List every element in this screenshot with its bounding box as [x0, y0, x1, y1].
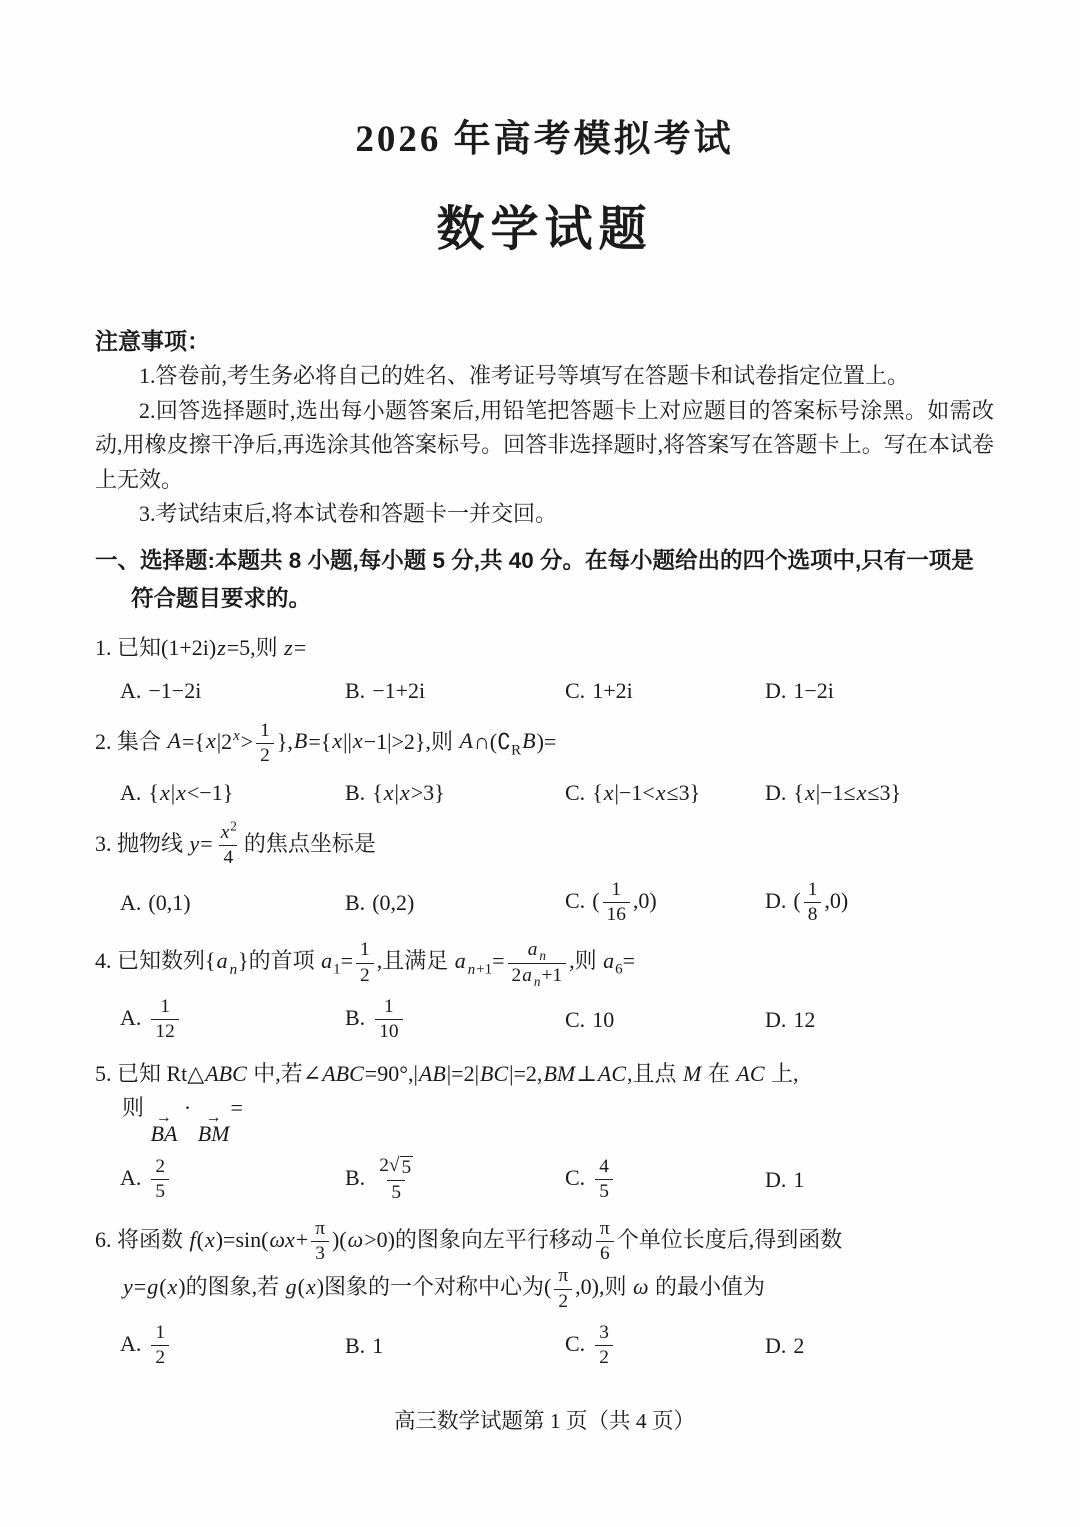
question-1-option-a: A.−1−2i [120, 674, 345, 707]
question-2-stem: 2. 集合 A={x|2x>12},B={x||x−1|>2},则 A∩(∁RB… [95, 720, 994, 768]
question-4-option-b: B.110 [345, 996, 565, 1044]
question-6-option-a: A.12 [120, 1322, 345, 1370]
question-3-options: A.(0,1) B.(0,2) C.(116,0) D.(18,0) [95, 879, 994, 927]
question-3-option-a: A.(0,1) [120, 886, 345, 919]
notice-item-3: 3.考试结束后,将本试卷和答题卡一并交回。 [95, 497, 994, 532]
question-5-stem-line-1: 5. 已知 Rt△ABC 中,若∠ABC=90°,|AB|=2|BC|=2,BM… [95, 1057, 994, 1091]
section-heading-line-1: 一、选择题:本题共 8 小题,每小题 5 分,共 40 分。在每小题给出的四个选… [95, 542, 994, 580]
question-2-option-a: A.{x|x<−1} [120, 776, 345, 809]
question-2: 2. 集合 A={x|2x>12},B={x||x−1|>2},则 A∩(∁RB… [95, 720, 994, 810]
question-1-option-d: D.1−2i [765, 674, 994, 707]
question-5-options: A.25 B.2√55 C.45 D.1 [95, 1155, 994, 1205]
question-5-option-c: C.45 [565, 1156, 765, 1204]
question-4-stem: 4. 已知数列{an}的首项 a1=12,且满足 an+1=an2an+1,则 … [95, 939, 994, 987]
question-6-option-c: C.32 [565, 1322, 765, 1370]
question-6-option-b: B.1 [345, 1329, 565, 1362]
question-1-option-c: C.1+2i [565, 674, 765, 707]
exam-paper: 2026 年高考模拟考试 数学试题 注意事项： 1.答卷前,考生务必将自己的姓名… [0, 0, 1080, 1527]
question-4-option-c: C.10 [565, 1003, 765, 1036]
question-5-option-d: D.1 [765, 1163, 994, 1196]
question-2-options: A.{x|x<−1} B.{x|x>3} C.{x|−1<x≤3} D.{x|−… [95, 776, 994, 809]
question-6: 6. 将函数 f(x)=sin(ωx+π3)(ω>0)的图象向左平行移动π6个单… [95, 1218, 994, 1370]
question-4-option-d: D.12 [765, 1003, 994, 1036]
question-6-stem-line-2: y=g(x)的图象,若 g(x)图象的一个对称中心为(π2,0),则 ω 的最小… [95, 1265, 994, 1313]
question-1-options: A.−1−2i B.−1+2i C.1+2i D.1−2i [95, 674, 994, 707]
section-heading-line-2: 符合题目要求的。 [95, 580, 994, 618]
question-4-option-a: A.112 [120, 996, 345, 1044]
question-6-option-d: D.2 [765, 1329, 994, 1362]
notice-heading: 注意事项： [95, 323, 994, 359]
question-6-options: A.12 B.1 C.32 D.2 [95, 1322, 994, 1370]
section-heading: 一、选择题:本题共 8 小题,每小题 5 分,共 40 分。在每小题给出的四个选… [95, 542, 994, 618]
notice-item-1: 1.答卷前,考生务必将自己的姓名、准考证号等填写在答题卡和试卷指定位置上。 [95, 359, 994, 394]
question-4-options: A.112 B.110 C.10 D.12 [95, 996, 994, 1044]
notice-item-2: 2.回答选择题时,选出每小题答案后,用铅笔把答题卡上对应题目的答案标号涂黑。如需… [95, 394, 994, 498]
question-2-option-b: B.{x|x>3} [345, 776, 565, 809]
page-subtitle: 数学试题 [95, 190, 994, 259]
question-3-option-c: C.(116,0) [565, 879, 765, 927]
question-4: 4. 已知数列{an}的首项 a1=12,且满足 an+1=an2an+1,则 … [95, 939, 994, 1043]
question-3: 3. 抛物线 y=x24的焦点坐标是 A.(0,1) B.(0,2) C.(11… [95, 822, 994, 926]
page-title: 2026 年高考模拟考试 [95, 108, 994, 162]
question-5-stem-line-2: 则 →BA · →BM= [95, 1091, 994, 1146]
question-1-option-b: B.−1+2i [345, 674, 565, 707]
question-2-option-d: D.{x|−1≤x≤3} [765, 776, 994, 809]
question-3-option-b: B.(0,2) [345, 886, 565, 919]
question-6-stem-line-1: 6. 将函数 f(x)=sin(ωx+π3)(ω>0)的图象向左平行移动π6个单… [95, 1218, 994, 1266]
question-3-option-d: D.(18,0) [765, 879, 994, 927]
question-5-option-a: A.25 [120, 1156, 345, 1204]
question-5-option-b: B.2√55 [345, 1155, 565, 1205]
question-2-option-c: C.{x|−1<x≤3} [565, 776, 765, 809]
question-1: 1. 已知(1+2i)z=5,则 z= A.−1−2i B.−1+2i C.1+… [95, 631, 994, 707]
footer-page-number: 高三数学试题第 1 页（共 4 页） [95, 1404, 994, 1435]
question-3-stem: 3. 抛物线 y=x24的焦点坐标是 [95, 822, 994, 870]
question-5: 5. 已知 Rt△ABC 中,若∠ABC=90°,|AB|=2|BC|=2,BM… [95, 1057, 994, 1205]
question-1-stem: 1. 已知(1+2i)z=5,则 z= [95, 631, 994, 665]
notice-section: 注意事项： 1.答卷前,考生务必将自己的姓名、准考证号等填写在答题卡和试卷指定位… [95, 323, 994, 532]
